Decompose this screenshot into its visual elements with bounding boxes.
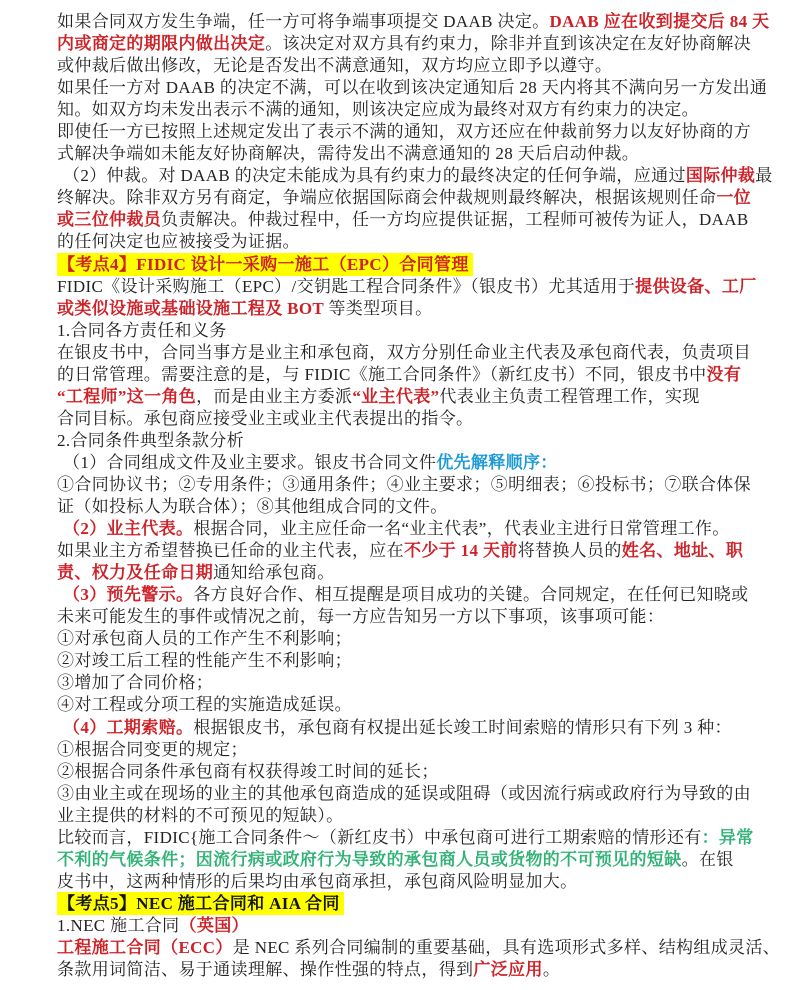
text-line: ②对竣工后工程的性能产生不利影响； <box>57 650 757 672</box>
text-segment: 或类似设施或基础设施工程及 BOT <box>57 299 328 318</box>
text-segment: 将替换人员的 <box>518 541 622 560</box>
document-body: 如果合同双方发生争端，任一方可将争端事项提交 DAAB 决定。DAAB 应在收到… <box>57 11 757 981</box>
section-heading-text: 【考点4】FIDIC 设计一采购一施工（EPC）合同管理 <box>57 253 473 276</box>
text-segment: 是 NEC 系列合同编制的重要基础，具有选项形式多样、结构组成灵活、 <box>233 938 780 957</box>
text-segment: 国际仲裁 <box>686 166 755 185</box>
text-line: ①根据合同变更的规定； <box>57 739 757 761</box>
text-segment: 不少于 14 天前 <box>404 541 518 560</box>
text-segment: “业主代表” <box>352 387 439 406</box>
text-segment: 根据银皮书，承包商有权提出延长竣工时间索赔的情形只有下列 3 种： <box>193 718 732 737</box>
text-segment: 条款用词简洁、易于通读理解、操作性强的特点，得到 <box>57 960 473 979</box>
section-heading-line: 【考点5】NEC 施工合同和 AIA 合同 <box>57 893 757 915</box>
text-segment: 式解决争端如未能友好协商解决，需待发出不满意通知的 28 天后启动仲裁。 <box>57 144 639 163</box>
text-line: 责、权力及任命日期通知给承包商。 <box>57 562 757 584</box>
text-segment: 如果业主方希望替换已任命的业主代表，应在 <box>57 541 404 560</box>
text-line: ②根据合同条件承包商有权获得竣工时间的延长； <box>57 761 757 783</box>
text-line: 如果业主方希望替换已任命的业主代表，应在不少于 14 天前将替换人员的姓名、地址… <box>57 540 757 562</box>
text-segment: 责、权力及任命日期 <box>57 563 213 582</box>
text-segment: 比较而言，FIDIC{施工合同条件～（新红皮书）中承包商可进行工期索赔的情形还有 <box>57 828 702 847</box>
text-line: 1.NEC 施工合同（英国） <box>57 915 757 937</box>
text-line: 的任何决定也应被接受为证据。 <box>57 231 757 253</box>
text-line: 未来可能发生的事件或情况之前，每一方应告知另一方以下事项，该事项可能： <box>57 606 757 628</box>
text-line: 即使任一方已按照上述规定发出了表示不满的通知，双方还应在仲裁前努力以友好协商的方 <box>57 121 757 143</box>
text-segment: ③增加了合同价格； <box>57 673 213 692</box>
text-segment: 内或商定的期限内做出决定 <box>57 34 265 53</box>
text-segment: 1.合同各方责任和义务 <box>57 321 227 340</box>
text-line: 式解决争端如未能友好协商解决，需待发出不满意通知的 28 天后启动仲裁。 <box>57 143 757 165</box>
text-segment: 等类型项目。 <box>328 299 432 318</box>
text-segment: 的任何决定也应被接受为证据。 <box>57 232 300 251</box>
text-segment: 不利的气候条件；因流行病或政府行为导致的承包商人员或货物的不可预见的短缺 <box>57 850 682 869</box>
text-line: （4）工期索赔。根据银皮书，承包商有权提出延长竣工时间索赔的情形只有下列 3 种… <box>57 717 757 739</box>
text-segment: （1）合同组成文件及业主要求。银皮书合同文件 <box>63 453 436 472</box>
text-line: 或仲裁后做出修改，无论是否发出不满意通知，双方均应立即予以遵守。 <box>57 55 757 77</box>
text-segment: 合同目标。承包商应接受业主或业主代表提出的指令。 <box>57 409 473 428</box>
text-segment: （3）预先警示。 <box>63 585 193 604</box>
text-segment: 如果任一方对 DAAB 的决定不满，可以在收到该决定通知后 28 天内将其不满向… <box>57 78 767 97</box>
text-line: 如果任一方对 DAAB 的决定不满，可以在收到该决定通知后 28 天内将其不满向… <box>57 77 757 99</box>
text-segment: 知。如双方均未发出表示不满的通知，则该决定应成为最终对双方有约束力的决定。 <box>57 100 699 119</box>
text-line: 业主提供的材料的不可预见的短缺）。 <box>57 805 757 827</box>
text-line: ①合同协议书；②专用条件；③通用条件；④业主要求；⑤明细表；⑥投标书；⑦联合体保 <box>57 474 757 496</box>
text-segment: ②对竣工后工程的性能产生不利影响； <box>57 651 352 670</box>
text-segment: 工程施工合同（ECC） <box>57 938 233 957</box>
text-line: 比较而言，FIDIC{施工合同条件～（新红皮书）中承包商可进行工期索赔的情形还有… <box>57 827 757 849</box>
text-segment: ，而是由业主方委派 <box>196 387 352 406</box>
text-segment: 提供设备、工厂 <box>635 277 756 296</box>
text-segment: 通知给承包商。 <box>213 563 334 582</box>
text-line: 知。如双方均未发出表示不满的通知，则该决定应成为最终对双方有约束力的决定。 <box>57 99 757 121</box>
text-segment: ④对工程或分项工程的实施造成延误。 <box>57 695 352 714</box>
text-segment: 如果合同双方发生争端，任一方可将争端事项提交 DAAB 决定。 <box>57 12 550 31</box>
text-line: （1）合同组成文件及业主要求。银皮书合同文件优先解释顺序： <box>57 452 757 474</box>
text-segment: 代表业主负责工程管理工作，实现 <box>439 387 699 406</box>
text-line: 终解决。除非双方另有商定，争端应依据国际商会仲裁规则最终解决，根据该规则任命一位 <box>57 187 757 209</box>
text-segment: （2）业主代表。 <box>63 519 193 538</box>
text-line: ①对承包商人员的工作产生不利影响； <box>57 628 757 650</box>
text-segment: 优先解释顺序： <box>436 453 557 472</box>
text-line: 的日常管理。需要注意的是，与 FIDIC《施工合同条件》（新红皮书）不同，银皮书… <box>57 364 757 386</box>
text-line: “工程师”这一角色，而是由业主方委派“业主代表”代表业主负责工程管理工作，实现 <box>57 386 757 408</box>
text-segment: 未来可能发生的事件或情况之前，每一方应告知另一方以下事项，该事项可能： <box>57 607 664 626</box>
text-line: 不利的气候条件；因流行病或政府行为导致的承包商人员或货物的不可预见的短缺。在银 <box>57 849 757 871</box>
text-segment: （4）工期索赔。 <box>63 718 193 737</box>
text-segment: 姓名、地址、职 <box>622 541 743 560</box>
text-line: （2）仲裁。对 DAAB 的决定未能成为具有约束力的最终决定的任何争端，应通过国… <box>57 165 757 187</box>
text-segment: ：异常 <box>702 828 754 847</box>
text-line: 合同目标。承包商应接受业主或业主代表提出的指令。 <box>57 408 757 430</box>
text-segment: 。 <box>543 960 560 979</box>
text-line: 1.合同各方责任和义务 <box>57 320 757 342</box>
text-segment: 证（如投标人为联合体）；⑧其他组成合同的文件。 <box>57 497 448 516</box>
text-segment: 没有 <box>707 365 742 384</box>
text-segment: FIDIC《设计采购施工（EPC）/交钥匙工程合同条件》（银皮书）尤其适用于 <box>57 277 635 296</box>
text-segment: 。在银 <box>682 850 734 869</box>
text-segment: 广泛应用 <box>473 960 542 979</box>
text-line: ④对工程或分项工程的实施造成延误。 <box>57 694 757 716</box>
text-line: 证（如投标人为联合体）；⑧其他组成合同的文件。 <box>57 496 757 518</box>
text-line: 在银皮书中，合同当事方是业主和承包商，双方分别任命业主代表及承包商代表，负责项目 <box>57 342 757 364</box>
text-segment: 一位 <box>716 188 751 207</box>
text-segment: 。该决定对双方具有约束力，除非并直到该决定在友好协商解决 <box>265 34 751 53</box>
text-segment: 根据合同，业主应任命一名“业主代表”，代表业主进行日常管理工作。 <box>193 519 729 538</box>
text-segment: 业主提供的材料的不可预见的短缺）。 <box>57 806 343 825</box>
text-line: 如果合同双方发生争端，任一方可将争端事项提交 DAAB 决定。DAAB 应在收到… <box>57 11 757 33</box>
text-segment: ①对承包商人员的工作产生不利影响； <box>57 629 352 648</box>
section-heading-line: 【考点4】FIDIC 设计一采购一施工（EPC）合同管理 <box>57 254 757 276</box>
text-segment: 在银皮书中，合同当事方是业主和承包商，双方分别任命业主代表及承包商代表，负责项目 <box>57 343 751 362</box>
text-segment: ①根据合同变更的规定； <box>57 740 248 759</box>
text-segment: 负责解决。仲裁过程中，任一方均应提供证据，工程师可被传为证人，DAAB <box>161 210 748 229</box>
text-segment: 或三位仲裁员 <box>57 210 161 229</box>
text-line: 内或商定的期限内做出决定。该决定对双方具有约束力，除非并直到该决定在友好协商解决 <box>57 33 757 55</box>
text-segment: ②根据合同条件承包商有权获得竣工时间的延长； <box>57 762 439 781</box>
text-line: FIDIC《设计采购施工（EPC）/交钥匙工程合同条件》（银皮书）尤其适用于提供… <box>57 276 757 298</box>
text-line: ③增加了合同价格； <box>57 672 757 694</box>
text-line: ③由业主或在现场的业主的其他承包商造成的延误或阻碍（或因流行病或政府行为导致的由 <box>57 783 757 805</box>
text-segment: 即使任一方已按照上述规定发出了表示不满的通知，双方还应在仲裁前努力以友好协商的方 <box>57 122 751 141</box>
text-segment: 皮书中，这两种情形的后果均由承包商承担，承包商风险明显加大。 <box>57 872 578 891</box>
text-line: 条款用词简洁、易于通读理解、操作性强的特点，得到广泛应用。 <box>57 959 757 981</box>
text-line: 工程施工合同（ECC）是 NEC 系列合同编制的重要基础，具有选项形式多样、结构… <box>57 937 757 959</box>
text-line: 2.合同条件典型条款分析 <box>57 430 757 452</box>
text-segment: 最 <box>755 166 772 185</box>
text-line: 皮书中，这两种情形的后果均由承包商承担，承包商风险明显加大。 <box>57 871 757 893</box>
text-line: 或三位仲裁员负责解决。仲裁过程中，任一方均应提供证据，工程师可被传为证人，DAA… <box>57 209 757 231</box>
section-heading-text: 【考点5】NEC 施工合同和 AIA 合同 <box>57 892 344 915</box>
text-segment: 的日常管理。需要注意的是，与 FIDIC《施工合同条件》（新红皮书）不同，银皮书… <box>57 365 707 384</box>
text-segment: 1.NEC 施工合同 <box>57 916 180 935</box>
text-segment: 终解决。除非双方另有商定，争端应依据国际商会仲裁规则最终解决，根据该规则任命 <box>57 188 716 207</box>
text-segment: “工程师”这一角色 <box>57 387 196 406</box>
text-segment: ③由业主或在现场的业主的其他承包商造成的延误或阻碍（或因流行病或政府行为导致的由 <box>57 784 751 803</box>
text-segment: （英国） <box>180 916 249 935</box>
text-segment: 或仲裁后做出修改，无论是否发出不满意通知，双方均应立即予以遵守。 <box>57 56 612 75</box>
text-line: （3）预先警示。各方良好合作、相互提醒是项目成功的关键。合同规定，在任何已知晓或 <box>57 584 757 606</box>
document-page: 如果合同双方发生争端，任一方可将争端事项提交 DAAB 决定。DAAB 应在收到… <box>0 0 799 990</box>
text-segment: DAAB 应在收到提交后 84 天 <box>550 12 770 31</box>
text-segment: 2.合同条件典型条款分析 <box>57 431 244 450</box>
text-line: （2）业主代表。根据合同，业主应任命一名“业主代表”，代表业主进行日常管理工作。 <box>57 518 757 540</box>
text-segment: （2）仲裁。对 DAAB 的决定未能成为具有约束力的最终决定的任何争端，应通过 <box>63 166 686 185</box>
text-line: 或类似设施或基础设施工程及 BOT 等类型项目。 <box>57 298 757 320</box>
text-segment: 各方良好合作、相互提醒是项目成功的关键。合同规定，在任何已知晓或 <box>193 585 748 604</box>
text-segment: ①合同协议书；②专用条件；③通用条件；④业主要求；⑤明细表；⑥投标书；⑦联合体保 <box>57 475 751 494</box>
